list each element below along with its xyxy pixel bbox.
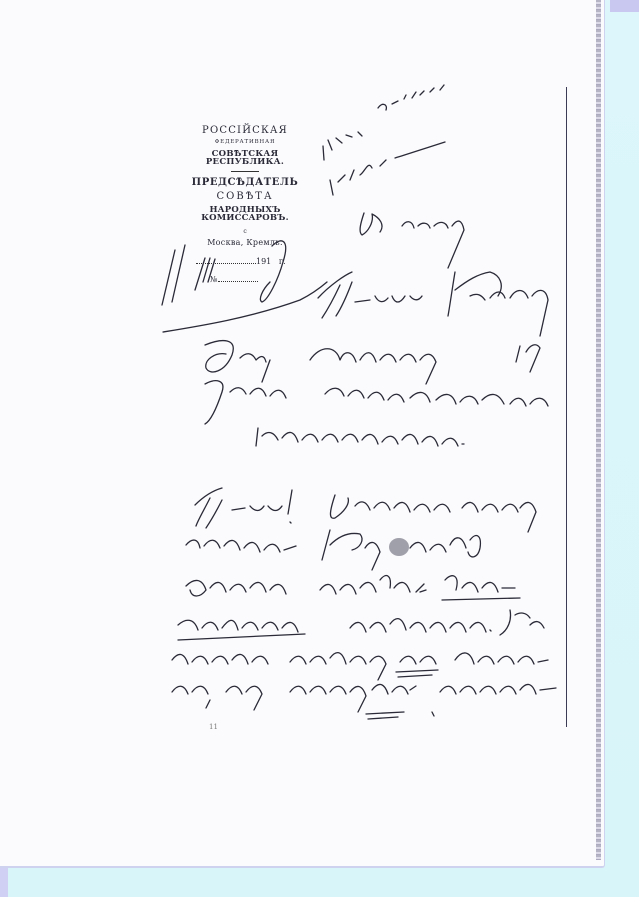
document-page: РОССІЙСКАЯ ФЕДЕРАТИВНАЯ СОВѢТСКАЯ РЕСПУБ… <box>0 0 605 868</box>
scan-edge-strip <box>610 0 639 12</box>
scan-edge-strip <box>0 866 8 897</box>
handwriting <box>0 0 604 866</box>
ink-blot <box>389 538 409 556</box>
